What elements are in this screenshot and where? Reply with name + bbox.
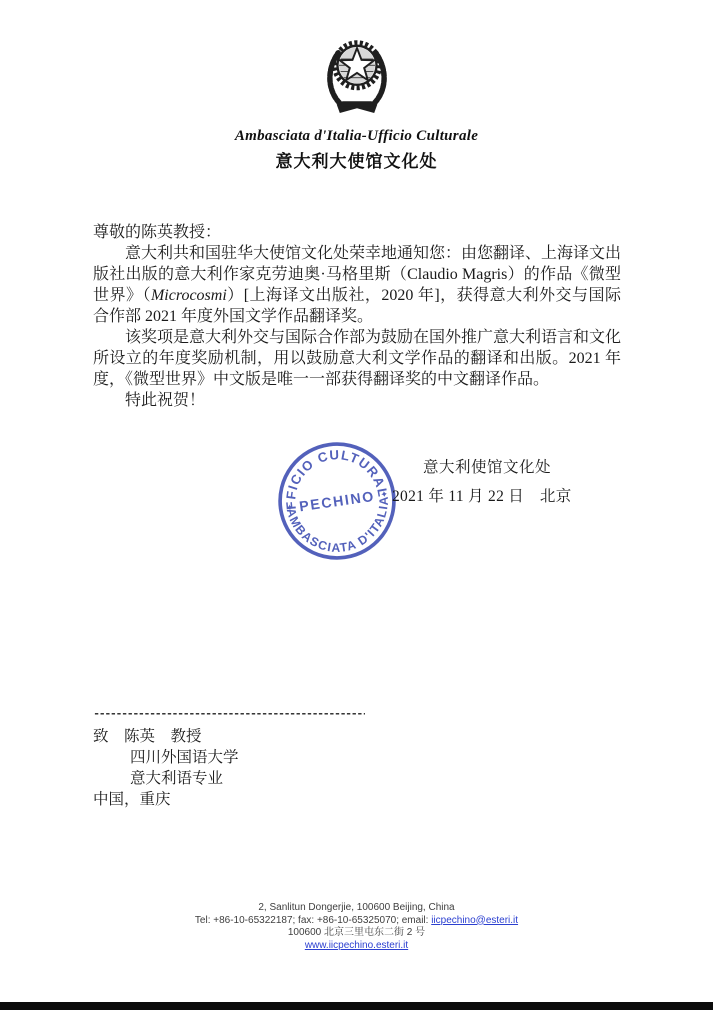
letter-body: 尊敬的陈英教授： 意大利共和国驻华大使馆文化处荣幸地通知您：由您翻译、上海译文出… — [93, 222, 621, 411]
embassy-cultural-office-stamp: UFFICIO CULTURALE AMBASCIATA D'ITALIA PE… — [266, 430, 408, 572]
footer-email-link[interactable]: iicpechino@esteri.it — [431, 915, 518, 926]
stamp-center-text: PECHINO — [298, 489, 376, 515]
recipient-department: 意大利语专业 — [93, 768, 365, 789]
signature-date-place: 2021 年 11 月 22 日 北京 — [392, 484, 582, 506]
letter-page: Ambasciata d'Italia-Ufficio Culturale 意大… — [0, 0, 713, 1010]
footer-website-link[interactable]: www.iicpechino.esteri.it — [305, 940, 408, 951]
recipient-university: 四川外国语大学 — [93, 747, 365, 768]
signature-office: 意大利使馆文化处 — [392, 455, 582, 477]
body-paragraph-3: 特此祝贺！ — [93, 390, 621, 411]
letterhead-title-italian: Ambasciata d'Italia-Ufficio Culturale — [0, 128, 713, 145]
letterhead-title-chinese: 意大利大使馆文化处 — [0, 147, 713, 172]
signature-block: 意大利使馆文化处 2021 年 11 月 22 日 北京 — [392, 455, 582, 506]
footer-contact-line: Tel: +86-10-65322187; fax: +86-10-653250… — [0, 915, 713, 928]
footer-address-en: 2, Sanlitun Dongerjie, 100600 Beijing, C… — [0, 902, 713, 915]
letterhead: Ambasciata d'Italia-Ufficio Culturale 意大… — [0, 34, 713, 172]
recipient-block: ----------------------------------------… — [93, 708, 365, 810]
footer-contact-prefix: Tel: +86-10-65322187; fax: +86-10-653250… — [195, 915, 431, 926]
italian-republic-emblem — [314, 34, 400, 120]
recipient-city: 中国，重庆 — [93, 789, 365, 810]
recipient-to-line: 致 陈英 教授 — [93, 726, 365, 747]
footer: 2, Sanlitun Dongerjie, 100600 Beijing, C… — [0, 902, 713, 952]
salutation: 尊敬的陈英教授： — [93, 222, 621, 243]
body-paragraph-2: 该奖项是意大利外交与国际合作部为鼓励在国外推广意大利语言和文化所设立的年度奖励机… — [93, 327, 621, 390]
bottom-edge-bar — [0, 1002, 713, 1010]
footer-address-zh: 100600 北京三里屯东二街 2 号 — [0, 927, 713, 940]
dashed-divider: ----------------------------------------… — [93, 708, 365, 721]
book-title-italic: Microcosmi — [151, 287, 227, 304]
body-paragraph-1: 意大利共和国驻华大使馆文化处荣幸地通知您：由您翻译、上海译文出版社出版的意大利作… — [93, 243, 621, 327]
